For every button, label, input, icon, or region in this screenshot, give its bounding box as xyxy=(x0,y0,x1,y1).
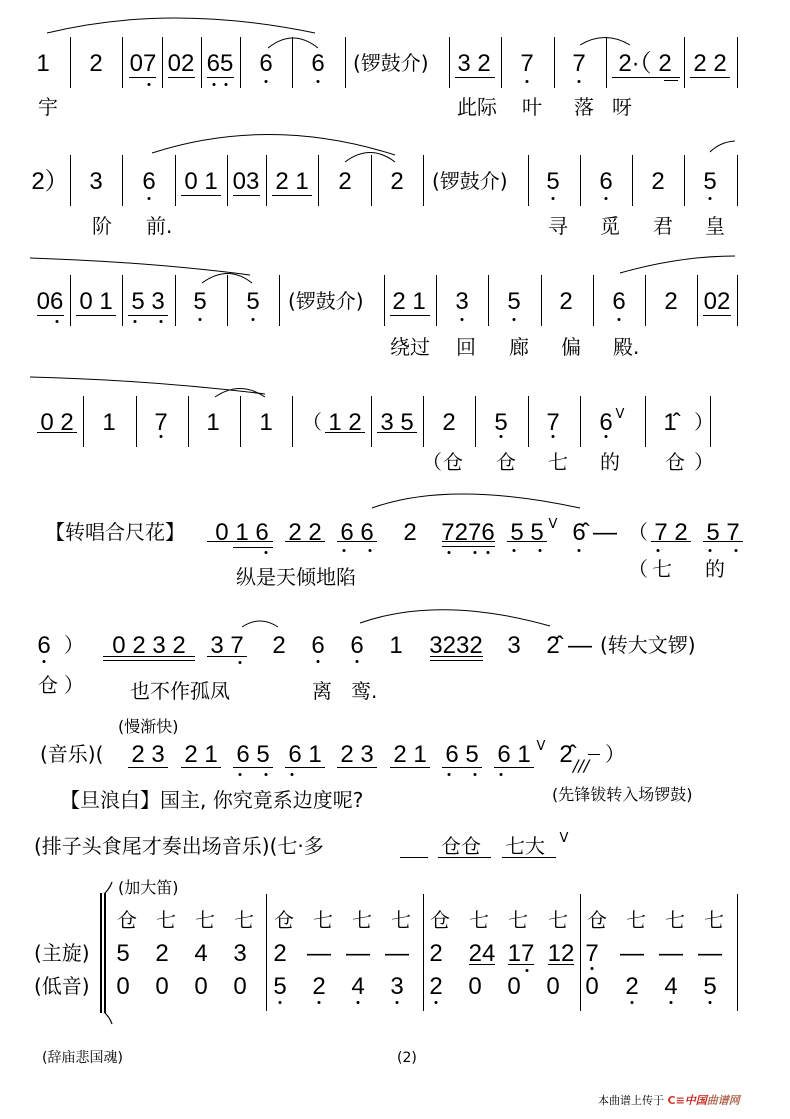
note: 2 3 xyxy=(340,743,373,767)
underline xyxy=(285,767,325,768)
barline xyxy=(737,155,738,206)
barline xyxy=(384,275,385,326)
note: 5 3 xyxy=(131,290,164,314)
note: 6 xyxy=(599,411,612,435)
barline xyxy=(70,37,71,88)
note: 24 xyxy=(469,942,496,966)
underline xyxy=(690,77,730,78)
low-dot xyxy=(291,773,294,776)
note: 3 xyxy=(89,170,102,194)
note: 2 2 xyxy=(693,52,726,76)
low-dot xyxy=(618,318,621,321)
barline xyxy=(580,396,581,447)
underline xyxy=(703,541,743,542)
note: 5 xyxy=(494,411,507,435)
low-dot xyxy=(605,435,608,438)
instrument-note: (加大笛) xyxy=(118,879,179,897)
low-dot xyxy=(474,551,477,554)
note: 2 xyxy=(442,411,455,435)
low-dot xyxy=(265,80,268,83)
barline xyxy=(528,396,529,447)
lyric: 廊 xyxy=(509,336,529,358)
low-dot xyxy=(199,318,202,321)
note: 0 2 3 2 xyxy=(112,634,185,658)
note: 6 xyxy=(142,170,155,194)
low-dot xyxy=(56,320,59,323)
close-paren: ） xyxy=(64,634,84,656)
spoken-dialogue: 【旦浪白】国主, 你究竟系边度呢? xyxy=(60,789,363,811)
barline xyxy=(162,37,163,88)
lyric: 偏 xyxy=(561,336,581,358)
low-dot xyxy=(461,318,464,321)
note-with-fermata: 2̂ xyxy=(546,634,559,658)
note: 6 xyxy=(259,52,272,76)
barline xyxy=(371,396,372,447)
section-label: (音乐)( xyxy=(40,743,103,765)
logo-mark-icon: C≡ xyxy=(668,1094,685,1107)
underline xyxy=(37,432,77,433)
underline xyxy=(337,541,377,542)
underline xyxy=(400,857,428,858)
barline xyxy=(475,396,476,447)
percussion-syllable: 的 xyxy=(600,451,620,473)
underline xyxy=(103,660,195,661)
barline xyxy=(606,37,607,88)
barline xyxy=(175,275,176,326)
percussion-syllable: 七 xyxy=(548,451,568,473)
lyric: 此际 xyxy=(457,96,497,118)
percussion-syllable: ） xyxy=(694,451,714,473)
note: 4 xyxy=(194,942,207,966)
stage-direction: (排子头食尾才奏出场音乐)(七·多 xyxy=(34,835,324,857)
underline xyxy=(469,964,495,965)
note: 2 xyxy=(338,170,351,194)
lyric: 阶 xyxy=(92,215,112,237)
lyric: 叶 xyxy=(522,96,542,118)
note: 4 xyxy=(664,975,677,999)
note: 2 xyxy=(403,521,416,545)
percussion-syllable: 仓 xyxy=(274,909,294,931)
underline xyxy=(430,656,483,657)
low-dot xyxy=(356,660,359,663)
note: 2 xyxy=(273,942,286,966)
underline xyxy=(128,767,168,768)
note: 0 xyxy=(116,975,129,999)
note: 6 5 xyxy=(236,743,269,767)
note: 0 xyxy=(233,975,246,999)
underline xyxy=(455,77,495,78)
underline xyxy=(442,767,482,768)
tempo-marking: (慢渐快) xyxy=(118,718,179,736)
note: 2 xyxy=(89,52,102,76)
low-dot xyxy=(513,318,516,321)
percussion-syllable: 七大 xyxy=(505,835,545,857)
section-label: 【转唱合尺花】 xyxy=(45,521,185,543)
low-dot xyxy=(396,1001,399,1004)
note: 7 xyxy=(572,52,585,76)
percussion-syllable: 仓 xyxy=(38,674,58,696)
note: 5 xyxy=(703,975,716,999)
barline xyxy=(737,275,738,326)
underline xyxy=(181,195,221,196)
low-dot xyxy=(317,660,320,663)
low-dot xyxy=(552,197,555,200)
gong-drum-interlude: (锣鼓介) xyxy=(288,290,364,312)
note: 2 xyxy=(272,634,285,658)
lyric: 也不作孤凤 xyxy=(130,680,230,702)
lyric: 呀 xyxy=(612,96,632,118)
note: 6 1 xyxy=(288,743,321,767)
note: 2 3 xyxy=(131,743,164,767)
low-dot xyxy=(343,549,346,552)
note-with-fermata-tremolo: 2̂ xyxy=(559,743,572,767)
note: 2） xyxy=(31,170,68,194)
dash: — xyxy=(620,942,644,966)
barline xyxy=(292,37,293,88)
lyric: 皇 xyxy=(705,215,725,237)
watermark: 本曲谱上传于 C≡中国曲谱网 xyxy=(598,1094,740,1108)
underline xyxy=(325,432,365,433)
underline xyxy=(390,315,430,316)
percussion-syllable: 七 xyxy=(469,909,489,931)
dash: — xyxy=(346,942,370,966)
note: 7 xyxy=(520,52,533,76)
underline xyxy=(438,857,491,858)
barline xyxy=(684,155,685,206)
percussion-syllable: 七 xyxy=(626,909,646,931)
underline xyxy=(129,77,156,78)
note: 0 xyxy=(194,975,207,999)
note: 5 xyxy=(507,290,520,314)
barline xyxy=(70,155,71,206)
barline xyxy=(697,275,698,326)
percussion-syllable: 七 xyxy=(313,909,333,931)
note: 2 xyxy=(155,942,168,966)
percussion-syllable: 仓 xyxy=(665,451,685,473)
underline xyxy=(502,857,556,858)
percussion-syllable: （ xyxy=(422,451,442,473)
note: 3 7 xyxy=(210,634,243,658)
barline xyxy=(318,155,319,206)
percussion-syllable: 七 xyxy=(352,909,372,931)
underline xyxy=(442,546,495,547)
note: 3 2 xyxy=(457,52,490,76)
note: 7 xyxy=(585,942,598,966)
low-dot xyxy=(578,80,581,83)
dash: — xyxy=(593,521,617,545)
piece-title: (辞庙悲国魂) xyxy=(42,1050,123,1066)
low-dot xyxy=(225,83,228,86)
low-dot xyxy=(709,549,712,552)
lyric: 离 xyxy=(312,680,332,702)
percussion-syllable: 七 xyxy=(652,558,672,580)
percussion-syllable: 仓 xyxy=(496,451,516,473)
note: 06 xyxy=(37,290,64,314)
note: 2·（ 2 xyxy=(618,52,671,76)
low-dot xyxy=(735,549,738,552)
note: 1 xyxy=(36,52,49,76)
note: 2 1 xyxy=(393,743,426,767)
score-sheet: 1 2 07 02 65 6 6 (锣鼓介) 3 2 7 7 2·（ 2 2 2… xyxy=(0,0,790,1119)
note: 1 xyxy=(206,411,219,435)
logo-text-score-site: 曲谱网 xyxy=(707,1094,740,1107)
note: 2 xyxy=(390,170,403,194)
underline xyxy=(272,195,312,196)
lyric: 鸾. xyxy=(351,680,377,702)
underline xyxy=(703,315,731,316)
barline xyxy=(684,37,685,88)
low-dot xyxy=(526,969,529,972)
percussion-syllable: 仓 xyxy=(430,909,450,931)
low-dot xyxy=(591,967,594,970)
note: 2 1 xyxy=(275,170,308,194)
barline xyxy=(292,396,293,447)
note: 3 xyxy=(455,290,468,314)
close-paren: ） xyxy=(605,743,625,765)
low-dot xyxy=(539,549,542,552)
low-dot xyxy=(318,1001,321,1004)
barline xyxy=(122,37,123,88)
low-dot xyxy=(500,773,503,776)
low-dot xyxy=(148,83,151,86)
close-paren: ） xyxy=(694,411,714,433)
underline xyxy=(612,77,680,78)
barline xyxy=(645,275,646,326)
part-label-bass: (低音) xyxy=(34,975,90,997)
underline xyxy=(233,547,273,548)
note: 3 xyxy=(233,942,246,966)
lyric: 绕过 xyxy=(390,336,430,358)
note: 0 1 xyxy=(79,290,112,314)
note: 03 xyxy=(233,170,260,194)
lyric: 前. xyxy=(146,215,172,237)
barline xyxy=(345,37,346,88)
underline xyxy=(76,315,116,316)
lyric: 殿. xyxy=(613,336,639,358)
low-dot xyxy=(605,197,608,200)
low-dot xyxy=(265,773,268,776)
low-dot xyxy=(160,320,163,323)
note: 1 xyxy=(389,634,402,658)
low-dot xyxy=(448,773,451,776)
barline xyxy=(501,37,502,88)
barline xyxy=(122,155,123,206)
percussion-syllable: 仓仓 xyxy=(441,835,481,857)
barline xyxy=(449,37,450,88)
barline xyxy=(580,155,581,206)
note: 65 xyxy=(207,52,234,76)
note: 2 xyxy=(429,975,442,999)
percussion-syllable: 七 xyxy=(508,909,528,931)
note: 3232 xyxy=(429,634,482,658)
barline xyxy=(240,396,241,447)
percussion-syllable: 七 xyxy=(156,909,176,931)
low-dot xyxy=(474,773,477,776)
barline xyxy=(554,37,555,88)
barline xyxy=(240,37,241,88)
barline xyxy=(580,894,581,1011)
percussion-syllable: （ xyxy=(628,558,648,580)
barline xyxy=(279,275,280,326)
barline xyxy=(645,396,646,447)
barline xyxy=(136,396,137,447)
note: 0 xyxy=(585,975,598,999)
lyric: 纵是天倾地陷 xyxy=(236,566,356,588)
low-dot xyxy=(357,1001,360,1004)
note: 2 xyxy=(559,290,572,314)
low-dot xyxy=(631,1001,634,1004)
low-dot xyxy=(369,549,372,552)
barline xyxy=(266,894,267,1011)
open-paren: （ xyxy=(628,521,648,543)
breath-mark: V xyxy=(616,408,625,421)
note: 0 1 xyxy=(184,170,217,194)
breath-mark: V xyxy=(549,518,558,531)
open-paren: （ xyxy=(302,411,322,433)
underline xyxy=(181,767,221,768)
underline xyxy=(128,315,168,316)
low-dot xyxy=(526,80,529,83)
note: 0 xyxy=(155,975,168,999)
percussion-syllable: ） xyxy=(64,674,84,696)
note: 12 xyxy=(548,942,575,966)
barline xyxy=(710,396,711,447)
low-dot xyxy=(213,83,216,86)
barline xyxy=(201,37,202,88)
barline xyxy=(423,155,424,206)
underline xyxy=(168,77,195,78)
note: 2 xyxy=(429,942,442,966)
note: 6 5 xyxy=(445,743,478,767)
barline xyxy=(528,155,529,206)
low-dot xyxy=(513,549,516,552)
percussion-syllable: 七 xyxy=(391,909,411,931)
underline xyxy=(37,315,64,316)
percussion-syllable: 仓 xyxy=(117,909,137,931)
low-dot xyxy=(448,551,451,554)
percussion-syllable: 七 xyxy=(195,909,215,931)
note: 0 xyxy=(546,975,559,999)
barline xyxy=(737,37,738,88)
watermark-text: 本曲谱上传于 xyxy=(598,1094,664,1107)
note: 6 xyxy=(311,634,324,658)
note: 4 xyxy=(351,975,364,999)
lyric: 回 xyxy=(456,336,476,358)
note: 6 xyxy=(612,290,625,314)
percussion-syllable: 的 xyxy=(705,558,725,580)
barline xyxy=(70,275,71,326)
low-dot xyxy=(239,661,242,664)
dash: — xyxy=(568,634,592,658)
note: 5 xyxy=(546,170,559,194)
barline xyxy=(188,396,189,447)
low-dot xyxy=(265,551,268,554)
underline xyxy=(207,541,273,542)
note: 2 xyxy=(312,975,325,999)
low-dot xyxy=(709,1001,712,1004)
gong-drum-interlude: (锣鼓介) xyxy=(432,170,508,192)
underline xyxy=(507,541,547,542)
underline xyxy=(664,80,678,81)
underline xyxy=(207,656,247,657)
note: 6 xyxy=(311,52,324,76)
lyric: 落 xyxy=(574,96,594,118)
note: 2 1 xyxy=(184,743,217,767)
underline xyxy=(390,767,430,768)
breath-mark: V xyxy=(560,832,569,845)
barline xyxy=(737,894,738,1011)
barline xyxy=(227,275,228,326)
breath-mark: V xyxy=(537,740,546,753)
note: 2 1 xyxy=(392,290,425,314)
note: 3 xyxy=(390,975,403,999)
percussion-syllable: 七 xyxy=(704,909,724,931)
note: 7 xyxy=(154,411,167,435)
underline xyxy=(337,767,377,768)
note: 2 xyxy=(651,170,664,194)
low-dot xyxy=(317,80,320,83)
part-label-melody: (主旋) xyxy=(34,942,90,964)
underline xyxy=(207,77,234,78)
low-dot xyxy=(500,435,503,438)
barline xyxy=(541,275,542,326)
underline xyxy=(103,656,195,657)
underline xyxy=(508,964,534,965)
low-dot xyxy=(487,551,490,554)
underline xyxy=(233,767,273,768)
note: 17 xyxy=(508,942,535,966)
note: 3 xyxy=(507,634,520,658)
underline xyxy=(430,660,483,661)
note: 6 xyxy=(37,634,50,658)
dash: — xyxy=(659,942,683,966)
annotation: (转大文锣) xyxy=(600,634,696,656)
note: 5 xyxy=(193,290,206,314)
note-with-fermata: 1̂ xyxy=(663,411,676,435)
underline xyxy=(548,964,574,965)
note: 7 xyxy=(546,411,559,435)
annotation: (先锋钹转入场锣鼓) xyxy=(552,786,693,804)
low-dot xyxy=(239,773,242,776)
note: 5 xyxy=(273,975,286,999)
underline xyxy=(233,195,260,196)
note: 02 xyxy=(168,52,195,76)
note: 5 xyxy=(116,942,129,966)
note: 5 xyxy=(246,290,259,314)
underline xyxy=(442,541,495,542)
lyric: 觅 xyxy=(600,215,620,237)
dash: — xyxy=(385,942,409,966)
dash xyxy=(588,754,600,755)
low-dot xyxy=(160,435,163,438)
low-dot xyxy=(252,318,255,321)
note: 2 xyxy=(664,290,677,314)
low-dot xyxy=(279,1001,282,1004)
low-dot xyxy=(148,197,151,200)
note: 6 xyxy=(350,634,363,658)
barline xyxy=(266,155,267,206)
note: 1 xyxy=(259,411,272,435)
note: 5 xyxy=(703,170,716,194)
low-dot xyxy=(578,549,581,552)
underline xyxy=(494,767,534,768)
barline xyxy=(83,396,84,447)
lyric: 寻 xyxy=(548,215,568,237)
note-with-fermata: 6̂ xyxy=(572,521,585,545)
low-dot xyxy=(435,1001,438,1004)
low-dot xyxy=(552,435,555,438)
barline xyxy=(227,155,228,206)
